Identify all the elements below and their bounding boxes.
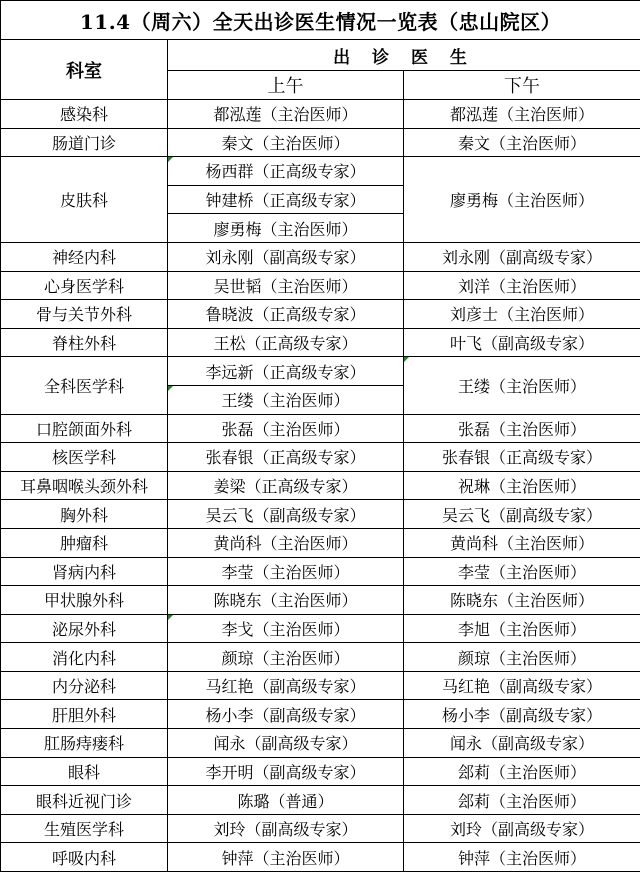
morning-doctor-cell: 黄尚科（主治医师） — [168, 528, 404, 557]
morning-doctor-cell: 张磊（主治医师） — [168, 414, 404, 443]
morning-doctor-cell: 秦文（主治医师） — [168, 128, 404, 157]
morning-doctor-cell: 颜琼（主治医师） — [168, 643, 404, 672]
department-cell: 感染科 — [1, 100, 168, 129]
afternoon-doctor-cell: 刘洋（主治医师） — [404, 271, 640, 300]
department-cell: 口腔颌面外科 — [1, 414, 168, 443]
table-row: 脊柱外科王松（正高级专家）叶飞（副高级专家） — [1, 328, 640, 357]
department-cell: 眼科近视门诊 — [1, 786, 168, 815]
morning-doctor-cell: 张春银（正高级专家） — [168, 443, 404, 472]
department-cell: 肾病内科 — [1, 557, 168, 586]
table-row: 心身医学科吴世韬（主治医师）刘洋（主治医师） — [1, 271, 640, 300]
department-cell: 肛肠痔瘘科 — [1, 729, 168, 758]
afternoon-doctor-cell: 刘玲（副高级专家） — [404, 814, 640, 843]
table-row: 神经内科刘永刚（副高级专家）刘永刚（副高级专家） — [1, 242, 640, 271]
afternoon-doctor-cell: 刘永刚（副高级专家） — [404, 242, 640, 271]
department-cell: 心身医学科 — [1, 271, 168, 300]
table-row: 肝胆外科杨小李（副高级专家）杨小李（副高级专家） — [1, 700, 640, 729]
morning-doctor-cell: 陈晓东（主治医师） — [168, 586, 404, 615]
morning-doctor-cell: 刘永刚（副高级专家） — [168, 242, 404, 271]
table-row: 口腔颌面外科张磊（主治医师）张磊（主治医师） — [1, 414, 640, 443]
morning-doctor-cell: 李开明（副高级专家） — [168, 757, 404, 786]
header-morning: 上午 — [168, 71, 404, 100]
header-doctors: 出 诊 医 生 — [168, 40, 640, 71]
afternoon-doctor-cell: 张春银（正高级专家） — [404, 443, 640, 472]
afternoon-doctor-cell: 刘彦士（主治医师） — [404, 300, 640, 329]
header-department: 科室 — [1, 40, 168, 100]
afternoon-doctor-cell: 李莹（主治医师） — [404, 557, 640, 586]
afternoon-doctor-cell: 黄尚科（主治医师） — [404, 528, 640, 557]
table-row: 皮肤科杨西群（正高级专家）廖勇梅（主治医师） — [1, 157, 640, 186]
morning-doctor-cell: 李戈（主治医师） — [168, 614, 404, 643]
department-cell: 胸外科 — [1, 500, 168, 529]
morning-doctor-cell: 吴世韬（主治医师） — [168, 271, 404, 300]
department-cell: 核医学科 — [1, 443, 168, 472]
afternoon-doctor-cell: 都泓莲（主治医师） — [404, 100, 640, 129]
table-row: 消化内科颜琼（主治医师）颜琼（主治医师） — [1, 643, 640, 672]
morning-doctor-cell: 钟建桥（正高级专家） — [168, 185, 404, 214]
table-row: 耳鼻咽喉头颈外科姜梁（正高级专家）祝琳（主治医师） — [1, 471, 640, 500]
department-cell: 呼吸内科 — [1, 843, 168, 872]
department-cell: 皮肤科 — [1, 157, 168, 243]
department-cell: 生殖医学科 — [1, 814, 168, 843]
table-row: 生殖医学科刘玲（副高级专家）刘玲（副高级专家） — [1, 814, 640, 843]
table-row: 肛肠痔瘘科闻永（副高级专家）闻永（副高级专家） — [1, 729, 640, 758]
morning-doctor-cell: 王缕（主治医师） — [168, 385, 404, 414]
afternoon-doctor-cell: 钟萍（主治医师） — [404, 843, 640, 872]
morning-doctor-cell: 李莹（主治医师） — [168, 557, 404, 586]
department-cell: 甲状腺外科 — [1, 586, 168, 615]
table-row: 眼科近视门诊陈璐（普通）郐莉（主治医师） — [1, 786, 640, 815]
department-cell: 泌尿外科 — [1, 614, 168, 643]
afternoon-doctor-cell: 陈晓东（主治医师） — [404, 586, 640, 615]
table-row: 呼吸内科钟萍（主治医师）钟萍（主治医师） — [1, 843, 640, 872]
afternoon-doctor-cell: 廖勇梅（主治医师） — [404, 157, 640, 243]
afternoon-doctor-cell: 张磊（主治医师） — [404, 414, 640, 443]
afternoon-doctor-cell: 郐莉（主治医师） — [404, 786, 640, 815]
afternoon-doctor-cell: 杨小李（副高级专家） — [404, 700, 640, 729]
morning-doctor-cell: 姜梁（正高级专家） — [168, 471, 404, 500]
department-cell: 眼科 — [1, 757, 168, 786]
department-cell: 肠道门诊 — [1, 128, 168, 157]
department-cell: 脊柱外科 — [1, 328, 168, 357]
table-row: 甲状腺外科陈晓东（主治医师）陈晓东（主治医师） — [1, 586, 640, 615]
afternoon-doctor-cell: 叶飞（副高级专家） — [404, 328, 640, 357]
morning-doctor-cell: 刘玲（副高级专家） — [168, 814, 404, 843]
table-row: 眼科李开明（副高级专家）郐莉（主治医师） — [1, 757, 640, 786]
morning-doctor-cell: 都泓莲（主治医师） — [168, 100, 404, 129]
department-cell: 消化内科 — [1, 643, 168, 672]
header-afternoon: 下午 — [404, 71, 640, 100]
morning-doctor-cell: 廖勇梅（主治医师） — [168, 214, 404, 243]
morning-doctor-cell: 钟萍（主治医师） — [168, 843, 404, 872]
table-row: 肿瘤科黄尚科（主治医师）黄尚科（主治医师） — [1, 528, 640, 557]
morning-doctor-cell: 李远新（正高级专家） — [168, 357, 404, 386]
afternoon-doctor-cell: 颜琼（主治医师） — [404, 643, 640, 672]
table-row: 胸外科吴云飞（副高级专家）吴云飞（副高级专家） — [1, 500, 640, 529]
afternoon-doctor-cell: 祝琳（主治医师） — [404, 471, 640, 500]
table-row: 感染科都泓莲（主治医师）都泓莲（主治医师） — [1, 100, 640, 129]
department-cell: 肝胆外科 — [1, 700, 168, 729]
table-row: 泌尿外科李戈（主治医师）李旭（主治医师） — [1, 614, 640, 643]
afternoon-doctor-cell: 吴云飞（副高级专家） — [404, 500, 640, 529]
department-cell: 全科医学科 — [1, 357, 168, 414]
afternoon-doctor-cell: 秦文（主治医师） — [404, 128, 640, 157]
department-cell: 肿瘤科 — [1, 528, 168, 557]
morning-doctor-cell: 闻永（副高级专家） — [168, 729, 404, 758]
morning-doctor-cell: 陈璐（普通） — [168, 786, 404, 815]
table-row: 内分泌科马红艳（副高级专家）马红艳（副高级专家） — [1, 671, 640, 700]
page-title: 11.4（周六）全天出诊医生情况一览表（忠山院区） — [1, 1, 640, 40]
table-row: 核医学科张春银（正高级专家）张春银（正高级专家） — [1, 443, 640, 472]
afternoon-doctor-cell: 李旭（主治医师） — [404, 614, 640, 643]
table-row: 肠道门诊秦文（主治医师）秦文（主治医师） — [1, 128, 640, 157]
department-cell: 神经内科 — [1, 242, 168, 271]
morning-doctor-cell: 杨西群（正高级专家） — [168, 157, 404, 186]
afternoon-doctor-cell: 闻永（副高级专家） — [404, 729, 640, 758]
afternoon-doctor-cell: 王缕（主治医师） — [404, 357, 640, 414]
department-cell: 骨与关节外科 — [1, 300, 168, 329]
morning-doctor-cell: 鲁晓波（正高级专家） — [168, 300, 404, 329]
afternoon-doctor-cell: 马红艳（副高级专家） — [404, 671, 640, 700]
table-row: 肾病内科李莹（主治医师）李莹（主治医师） — [1, 557, 640, 586]
table-row: 全科医学科李远新（正高级专家）王缕（主治医师） — [1, 357, 640, 386]
table-row: 骨与关节外科鲁晓波（正高级专家）刘彦士（主治医师） — [1, 300, 640, 329]
morning-doctor-cell: 杨小李（副高级专家） — [168, 700, 404, 729]
morning-doctor-cell: 马红艳（副高级专家） — [168, 671, 404, 700]
morning-doctor-cell: 吴云飞（副高级专家） — [168, 500, 404, 529]
morning-doctor-cell: 王松（正高级专家） — [168, 328, 404, 357]
department-cell: 内分泌科 — [1, 671, 168, 700]
department-cell: 耳鼻咽喉头颈外科 — [1, 471, 168, 500]
afternoon-doctor-cell: 郐莉（主治医师） — [404, 757, 640, 786]
schedule-table: 11.4（周六）全天出诊医生情况一览表（忠山院区） 科室 出 诊 医 生 上午 … — [0, 0, 640, 872]
